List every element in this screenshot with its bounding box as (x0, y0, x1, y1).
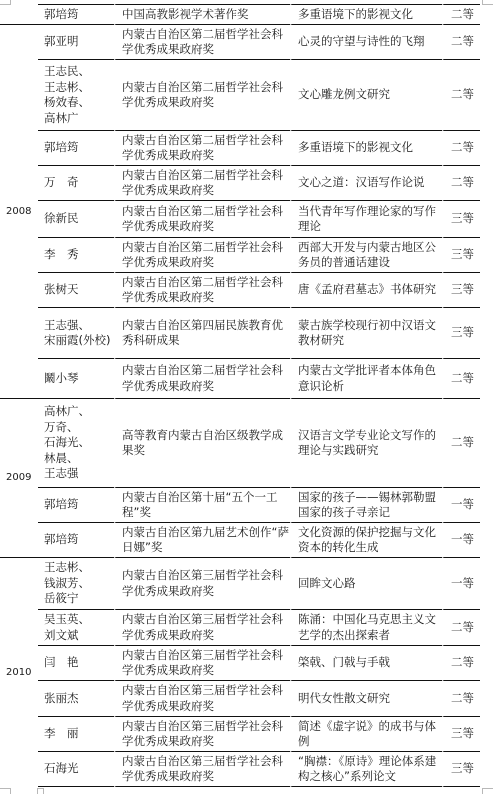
grade-cell: 二等 (442, 130, 480, 165)
author-name: 王志民、 (44, 64, 114, 80)
grade-cell: 三等 (442, 716, 480, 751)
table-row: 郭培筠内蒙古自治区第九届艺术创作“萨日娜”奖文化资源的保护挖掘与文化资本的转化生… (0, 522, 480, 557)
award-name-cell: 内蒙古自治区第二届哲学社会科学优秀成果政府奖 (114, 272, 290, 307)
award-name-cell: 内蒙古自治区第九届艺术创作“萨日娜”奖 (114, 522, 290, 557)
grade-cell: 一等 (442, 487, 480, 522)
authors-cell: 高林广、万奇、石海光、林晨、王志强 (38, 398, 114, 487)
author-name: 郭培筠 (44, 140, 114, 156)
year-cell (0, 4, 38, 24)
grade-cell: 二等 (442, 4, 480, 24)
work-title-cell: 内蒙古文学批评者本体角色意识论析 (290, 358, 442, 398)
table-row: 李 丽内蒙古自治区第三届哲学社会科学优秀成果政府奖简述《虚字说》的成书与体例三等 (0, 716, 480, 751)
table-row: 万 奇内蒙古自治区第二届哲学社会科学优秀成果政府奖文心之道：汉语写作论说二等 (0, 165, 480, 200)
work-title-cell: 蒙古族学校现行初中汉语文教材研究 (290, 307, 442, 358)
author-name: 宋丽霞(外校) (44, 333, 114, 349)
grade-cell: 二等 (442, 609, 480, 645)
authors-cell: 万 奇 (38, 165, 114, 200)
table-row: 闫 艳内蒙古自治区第三届哲学社会科学优秀成果政府奖棨戟、门戟与手戟二等 (0, 645, 480, 680)
award-name-cell: 内蒙古自治区第二届哲学社会科学优秀成果政府奖 (114, 130, 290, 165)
award-name-cell: 内蒙古自治区第二届哲学社会科学优秀成果政府奖 (114, 200, 290, 237)
awards-table: 郭培筠中国高教影视学术著作奖多重语境下的影视文化二等2008郭亚明内蒙古自治区第… (0, 4, 480, 787)
table-row: 郭培筠内蒙古自治区第十届“五个一工程”奖国家的孩子——锡林郭勒盟国家的孩子寻亲记… (0, 487, 480, 522)
authors-cell: 王志彬、钱淑芳、岳筱宁 (38, 557, 114, 609)
author-name: 刘文斌 (44, 628, 114, 644)
page-corner-mark-top-right (482, 0, 493, 5)
authors-cell: 李 秀 (38, 237, 114, 272)
table-row: 王志强、宋丽霞(外校)内蒙古自治区第四届民族教育优秀科研成果蒙古族学校现行初中汉… (0, 307, 480, 358)
author-name: 高林广 (44, 111, 114, 127)
authors-cell: 李 丽 (38, 716, 114, 751)
grade-cell: 二等 (442, 398, 480, 487)
grade-cell: 二等 (442, 645, 480, 680)
authors-cell: 郭培筠 (38, 130, 114, 165)
author-name: 郭培筠 (44, 7, 114, 23)
author-name: 林晨、 (44, 451, 114, 467)
award-name-cell: 中国高教影视学术著作奖 (114, 4, 290, 24)
authors-cell: 张树天 (38, 272, 114, 307)
author-name: 张丽杰 (44, 691, 114, 707)
award-name-cell: 内蒙古自治区第十届“五个一工程”奖 (114, 487, 290, 522)
grade-cell: 二等 (442, 59, 480, 130)
authors-cell: 鬫小琴 (38, 358, 114, 398)
author-name: 岳筱宁 (44, 591, 114, 607)
authors-cell: 徐新民 (38, 200, 114, 237)
grade-cell: 一等 (442, 522, 480, 557)
author-name: 万奇、 (44, 420, 114, 436)
award-name-cell: 内蒙古自治区第二届哲学社会科学优秀成果政府奖 (114, 24, 290, 59)
year-cell: 2010 (0, 557, 38, 787)
awards-table-body: 郭培筠中国高教影视学术著作奖多重语境下的影视文化二等2008郭亚明内蒙古自治区第… (0, 4, 480, 787)
author-name: 万 奇 (44, 175, 114, 191)
table-row: 石海光内蒙古自治区第三届哲学社会科学优秀成果政府奖“胸襟：《原诗》理论体系建构之… (0, 751, 480, 787)
table-row: 郭培筠内蒙古自治区第二届哲学社会科学优秀成果政府奖多重语境下的影视文化二等 (0, 130, 480, 165)
grade-cell: 二等 (442, 165, 480, 200)
award-name-cell: 内蒙古自治区第二届哲学社会科学优秀成果政府奖 (114, 237, 290, 272)
award-name-cell: 内蒙古自治区第三届哲学社会科学优秀成果政府奖 (114, 680, 290, 716)
award-name-cell: 内蒙古自治区第三届哲学社会科学优秀成果政府奖 (114, 751, 290, 787)
authors-cell: 郭培筠 (38, 4, 114, 24)
work-title-cell: 文心之道：汉语写作论说 (290, 165, 442, 200)
authors-cell: 吴玉英、刘文斌 (38, 609, 114, 645)
grade-cell: 二等 (442, 24, 480, 59)
work-title-cell: 明代女性散文研究 (290, 680, 442, 716)
author-name: 王志强、 (44, 318, 114, 334)
author-name: 郭培筠 (44, 497, 114, 513)
author-name: 石海光、 (44, 435, 114, 451)
work-title-cell: 唐《孟府君墓志》书体研究 (290, 272, 442, 307)
author-name: 郭培筠 (44, 532, 114, 548)
table-row: 张丽杰内蒙古自治区第三届哲学社会科学优秀成果政府奖明代女性散文研究二等 (0, 680, 480, 716)
work-title-cell: 心灵的守望与诗性的飞翔 (290, 24, 442, 59)
grade-cell: 三等 (442, 200, 480, 237)
table-move-handle[interactable] (37, 788, 44, 794)
table-row: 吴玉英、刘文斌内蒙古自治区第三届哲学社会科学优秀成果政府奖陈涌：中国化马克思主义… (0, 609, 480, 645)
award-name-cell: 高等教育内蒙古自治区级教学成果奖 (114, 398, 290, 487)
author-name: 王志彬、 (44, 80, 114, 96)
award-name-cell: 内蒙古自治区第三届哲学社会科学优秀成果政府奖 (114, 645, 290, 680)
grade-cell: 一等 (442, 557, 480, 609)
authors-cell: 张丽杰 (38, 680, 114, 716)
page-corner-mark-bottom-left (0, 788, 11, 794)
work-title-cell: 汉语言文学专业论文写作的理论与实践研究 (290, 398, 442, 487)
work-title-cell: 西部大开发与内蒙古地区公务员的普通话建设 (290, 237, 442, 272)
table-row: 李 秀内蒙古自治区第二届哲学社会科学优秀成果政府奖西部大开发与内蒙古地区公务员的… (0, 237, 480, 272)
work-title-cell: 文化资源的保护挖掘与文化资本的转化生成 (290, 522, 442, 557)
author-name: 高林广、 (44, 404, 114, 420)
table-row: 郭培筠中国高教影视学术著作奖多重语境下的影视文化二等 (0, 4, 480, 24)
award-name-cell: 内蒙古自治区第三届哲学社会科学优秀成果政府奖 (114, 716, 290, 751)
grade-cell: 三等 (442, 751, 480, 787)
authors-cell: 王志民、王志彬、杨效春、高林广 (38, 59, 114, 130)
author-name: 李 秀 (44, 247, 114, 263)
work-title-cell: 棨戟、门戟与手戟 (290, 645, 442, 680)
award-name-cell: 内蒙古自治区第二届哲学社会科学优秀成果政府奖 (114, 165, 290, 200)
author-name: 闫 艳 (44, 655, 114, 671)
work-title-cell: 回眸文心路 (290, 557, 442, 609)
work-title-cell: 多重语境下的影视文化 (290, 130, 442, 165)
grade-cell: 二等 (442, 358, 480, 398)
author-name: 王志彬、 (44, 560, 114, 576)
work-title-cell: 国家的孩子——锡林郭勒盟国家的孩子寻亲记 (290, 487, 442, 522)
author-name: 王志强 (44, 466, 114, 482)
grade-cell: 二等 (442, 680, 480, 716)
authors-cell: 闫 艳 (38, 645, 114, 680)
author-name: 李 丽 (44, 726, 114, 742)
author-name: 鬫小琴 (44, 371, 114, 387)
grade-cell: 三等 (442, 307, 480, 358)
authors-cell: 郭培筠 (38, 522, 114, 557)
award-name-cell: 内蒙古自治区第二届哲学社会科学优秀成果政府奖 (114, 59, 290, 130)
table-row: 鬫小琴内蒙古自治区第二届哲学社会科学优秀成果政府奖内蒙古文学批评者本体角色意识论… (0, 358, 480, 398)
work-title-cell: 简述《虚字说》的成书与体例 (290, 716, 442, 751)
table-row: 王志民、王志彬、杨效春、高林广内蒙古自治区第二届哲学社会科学优秀成果政府奖文心雕… (0, 59, 480, 130)
work-title-cell: “胸襟：《原诗》理论体系建构之核心”系列论文 (290, 751, 442, 787)
year-cell: 2008 (0, 24, 38, 398)
page-corner-mark-bottom-right (482, 788, 493, 794)
award-name-cell: 内蒙古自治区第四届民族教育优秀科研成果 (114, 307, 290, 358)
work-title-cell: 当代青年写作理论家的写作理论 (290, 200, 442, 237)
author-name: 张树天 (44, 282, 114, 298)
work-title-cell: 多重语境下的影视文化 (290, 4, 442, 24)
table-row: 2008郭亚明内蒙古自治区第二届哲学社会科学优秀成果政府奖心灵的守望与诗性的飞翔… (0, 24, 480, 59)
table-row: 张树天内蒙古自治区第二届哲学社会科学优秀成果政府奖唐《孟府君墓志》书体研究三等 (0, 272, 480, 307)
award-name-cell: 内蒙古自治区第三届哲学社会科学优秀成果政府奖 (114, 557, 290, 609)
work-title-cell: 文心雕龙例文研究 (290, 59, 442, 130)
author-name: 杨效春、 (44, 95, 114, 111)
table-row: 徐新民内蒙古自治区第二届哲学社会科学优秀成果政府奖当代青年写作理论家的写作理论三… (0, 200, 480, 237)
table-row: 2010王志彬、钱淑芳、岳筱宁内蒙古自治区第三届哲学社会科学优秀成果政府奖回眸文… (0, 557, 480, 609)
grade-cell: 三等 (442, 272, 480, 307)
award-name-cell: 内蒙古自治区第二届哲学社会科学优秀成果政府奖 (114, 358, 290, 398)
author-name: 徐新民 (44, 211, 114, 227)
authors-cell: 郭培筠 (38, 487, 114, 522)
authors-cell: 王志强、宋丽霞(外校) (38, 307, 114, 358)
authors-cell: 石海光 (38, 751, 114, 787)
author-name: 石海光 (44, 761, 114, 777)
grade-cell: 三等 (442, 237, 480, 272)
author-name: 郭亚明 (44, 34, 114, 50)
authors-cell: 郭亚明 (38, 24, 114, 59)
table-row: 2009高林广、万奇、石海光、林晨、王志强高等教育内蒙古自治区级教学成果奖汉语言… (0, 398, 480, 487)
year-cell: 2009 (0, 398, 38, 557)
award-name-cell: 内蒙古自治区第三届哲学社会科学优秀成果政府奖 (114, 609, 290, 645)
work-title-cell: 陈涌：中国化马克思主义文艺学的杰出探索者 (290, 609, 442, 645)
author-name: 钱淑芳、 (44, 576, 114, 592)
author-name: 吴玉英、 (44, 612, 114, 628)
